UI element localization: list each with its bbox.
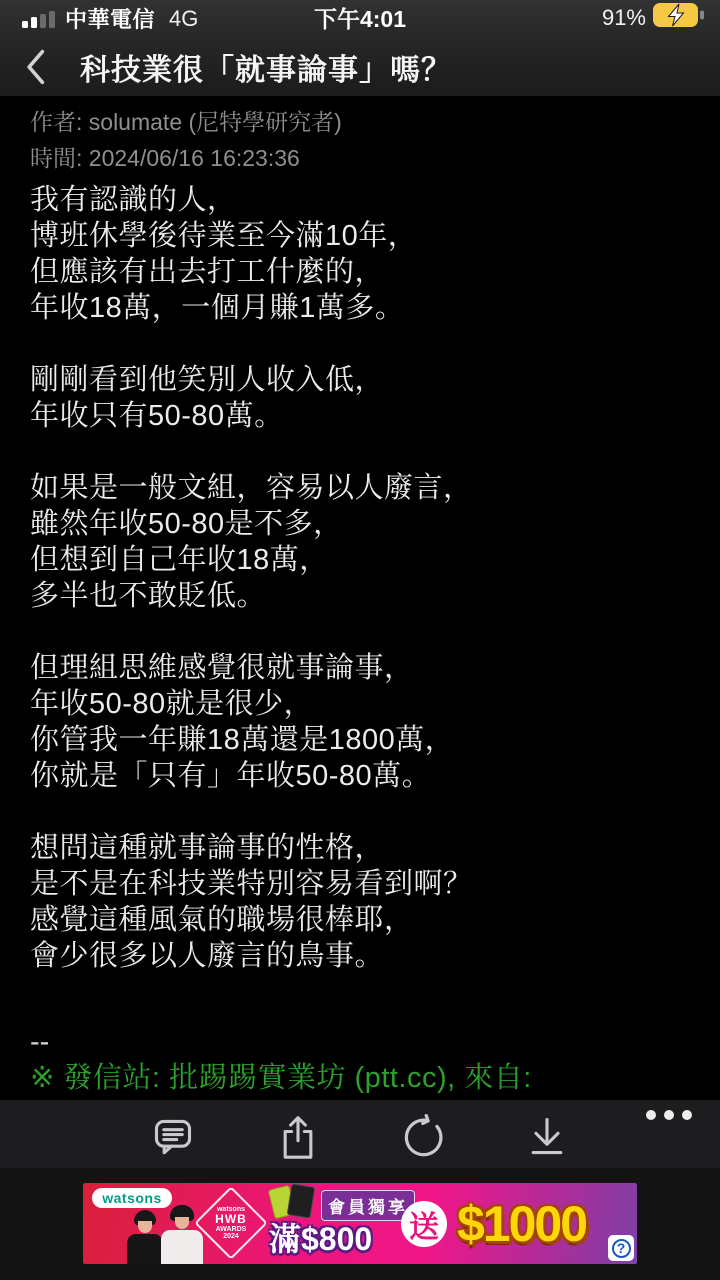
header: 中華電信 4G 下午4:01 91%	[0, 0, 720, 96]
post-signature: --	[30, 1024, 690, 1060]
award-diamond: watsons HWB AWARDS 2024	[205, 1197, 257, 1249]
reload-icon	[399, 1114, 445, 1160]
screen: 中華電信 4G 下午4:01 91%	[0, 0, 720, 1280]
chevron-left-icon	[24, 49, 48, 85]
more-options-button[interactable]	[646, 1110, 692, 1120]
comment-button[interactable]	[150, 1112, 196, 1162]
page-title: 科技業很「就事論事」嗎？	[80, 45, 452, 89]
post-body: 我有認識的人， 博班休學後待業至今滿10年， 但應該有出去打工什麼的， 年收18…	[30, 182, 690, 974]
question-icon: ?	[612, 1239, 631, 1258]
share-icon	[276, 1113, 320, 1161]
ad-info-button[interactable]: ?	[608, 1235, 634, 1261]
post-time-line: 時間: 2024/06/16 16:23:36	[30, 140, 690, 176]
gift-circle: 送	[401, 1201, 447, 1247]
comment-icon	[151, 1115, 195, 1159]
spend-threshold: 滿$800	[269, 1214, 372, 1260]
ad-person-left	[127, 1210, 163, 1264]
post-content: 作者: solumate (尼特學研究者) 時間: 2024/06/16 16:…	[0, 96, 720, 1100]
watsons-logo: watsons	[92, 1188, 172, 1208]
post-footer-origin: ※ 發信站: 批踢踢實業坊 (ptt.cc), 來自:	[30, 1060, 690, 1096]
ad-region: watsons watsons HWB AWARDS 2024 會員獨享 滿$8	[0, 1168, 720, 1280]
gift-amount: $1000	[457, 1195, 586, 1253]
post-author-line: 作者: solumate (尼特學研究者)	[30, 104, 690, 140]
ellipsis-icon	[646, 1110, 656, 1120]
reload-button[interactable]	[399, 1112, 445, 1162]
ad-banner[interactable]: watsons watsons HWB AWARDS 2024 會員獨享 滿$8	[83, 1183, 637, 1264]
ad-person-right	[161, 1205, 203, 1264]
share-button[interactable]	[275, 1112, 321, 1162]
nav-bar: 科技業很「就事論事」嗎？	[0, 38, 720, 96]
battery-percent: 91%	[602, 5, 646, 31]
download-button[interactable]	[524, 1112, 570, 1162]
bottom-toolbar	[0, 1100, 720, 1168]
back-button[interactable]	[24, 47, 58, 87]
download-icon	[525, 1115, 569, 1159]
status-bar: 中華電信 4G 下午4:01 91%	[0, 0, 720, 38]
battery-charging-icon	[652, 2, 704, 33]
